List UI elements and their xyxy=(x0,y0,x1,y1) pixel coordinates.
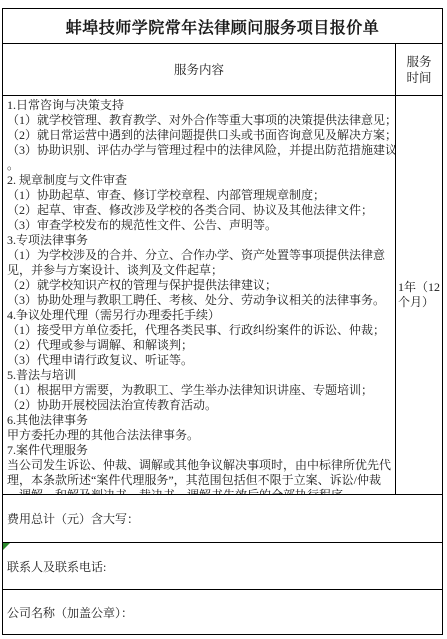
service-content-line: 甲方委托办理的其他合法法律事务。 xyxy=(7,428,395,443)
company-row: 公司名称（加盖公章）： xyxy=(3,590,442,634)
service-content-line: （1）就学校管理、教育教学、对外合作等重大事项的决策提供法律意见； xyxy=(7,113,395,128)
title-row: 蚌埠技师学院常年法律顾问服务项目报价单 xyxy=(3,9,442,44)
service-content-line: 、调解、和解及判决书、裁决书、调解书生效后的全部执行程序。 xyxy=(7,488,395,494)
service-content-line: （3）协助识别、评估办学与管理过程中的法律风险，并提出防范措施建议 xyxy=(7,143,395,158)
service-content-line: （3）协助处理与教职工聘任、考核、处分、劳动争议相关的法律事务。 xyxy=(7,293,395,308)
service-content-line: 2. 规章制度与文件审查 xyxy=(7,173,395,188)
service-content-line: （2）起草、审查、修改涉及学校的各类合同、协议及其他法律文件； xyxy=(7,203,395,218)
service-content-line: （1）为学校涉及的合并、分立、合作办学、资产处置等事项提供法律意 xyxy=(7,248,395,263)
service-content-line: （3）代理申请行政复议、听证等。 xyxy=(7,353,395,368)
quotation-table: 蚌埠技师学院常年法律顾问服务项目报价单 服务内容 服务 时间 1.日常咨询与决策… xyxy=(2,8,443,635)
quotation-document: { "title": "蚌埠技师学院常年法律顾问服务项目报价单", "table… xyxy=(0,0,447,639)
service-content-line: 4.争议处理代理（需另行办理委托手续） xyxy=(7,308,395,323)
fee-total-label: 费用总计（元）含大写： xyxy=(7,510,139,527)
service-content-line: 见，并参与方案设计、谈判及文件起草； xyxy=(7,263,395,278)
service-content-line: （1）协助起草、审查、修订学校章程、内部管理规章制度； xyxy=(7,188,395,203)
fee-total-row: 费用总计（元）含大写： xyxy=(3,495,442,543)
service-content-row: 1.日常咨询与决策支持（1）就学校管理、教育教学、对外合作等重大事项的决策提供法… xyxy=(3,96,442,495)
contact-row: 联系人及联系电话: xyxy=(3,543,442,590)
service-content-line: （1）根据甲方需要，为教职工、学生举办法律知识讲座、专题培训； xyxy=(7,383,395,398)
page-title: 蚌埠技师学院常年法律顾问服务项目报价单 xyxy=(66,15,380,38)
company-label: 公司名称（加盖公章）： xyxy=(7,604,133,621)
contact-label: 联系人及联系电话: xyxy=(7,558,106,575)
service-content-line: （2）就学校知识产权的管理与保护提供法律建议； xyxy=(7,278,395,293)
table-header-row: 服务内容 服务 时间 xyxy=(3,44,442,96)
service-content-line: 5.普法与培训 xyxy=(7,368,395,383)
column-header-service-time: 服务 时间 xyxy=(395,44,442,95)
column-header-service-content: 服务内容 xyxy=(3,44,395,95)
service-content-line: 3.专项法律事务 xyxy=(7,233,395,248)
service-content-line: 1.日常咨询与决策支持 xyxy=(7,98,395,113)
service-content-line: （2）代理或参与调解、和解谈判； xyxy=(7,338,395,353)
service-content-cell: 1.日常咨询与决策支持（1）就学校管理、教育教学、对外合作等重大事项的决策提供法… xyxy=(3,96,395,494)
service-content-line: 7.案件代理服务 xyxy=(7,443,395,458)
service-content-line: 6.其他法律事务 xyxy=(7,413,395,428)
service-content-line: （2）就日常运营中遇到的法律问题提供口头或书面咨询意见及解决方案； xyxy=(7,128,395,143)
service-content-line: （3）审查学校发布的规范性文件、公告、声明等。 xyxy=(7,218,395,233)
service-content-line: （1）接受甲方单位委托，代理各类民事、行政纠纷案件的诉讼、仲裁； xyxy=(7,323,395,338)
excel-flag-icon xyxy=(3,543,10,550)
service-content-line: 理，本条款所述“案件代理服务”，其范围包括但不限于立案、诉讼/仲裁 xyxy=(7,473,395,488)
service-content-line: （2）协助开展校园法治宣传教育活动。 xyxy=(7,398,395,413)
service-content-line: 当公司发生诉讼、仲裁、调解或其他争议解决事项时，由中标律所优先代 xyxy=(7,458,395,473)
service-content-line: 。 xyxy=(7,158,395,173)
service-time-cell: 1年（12 个月） xyxy=(395,96,441,494)
